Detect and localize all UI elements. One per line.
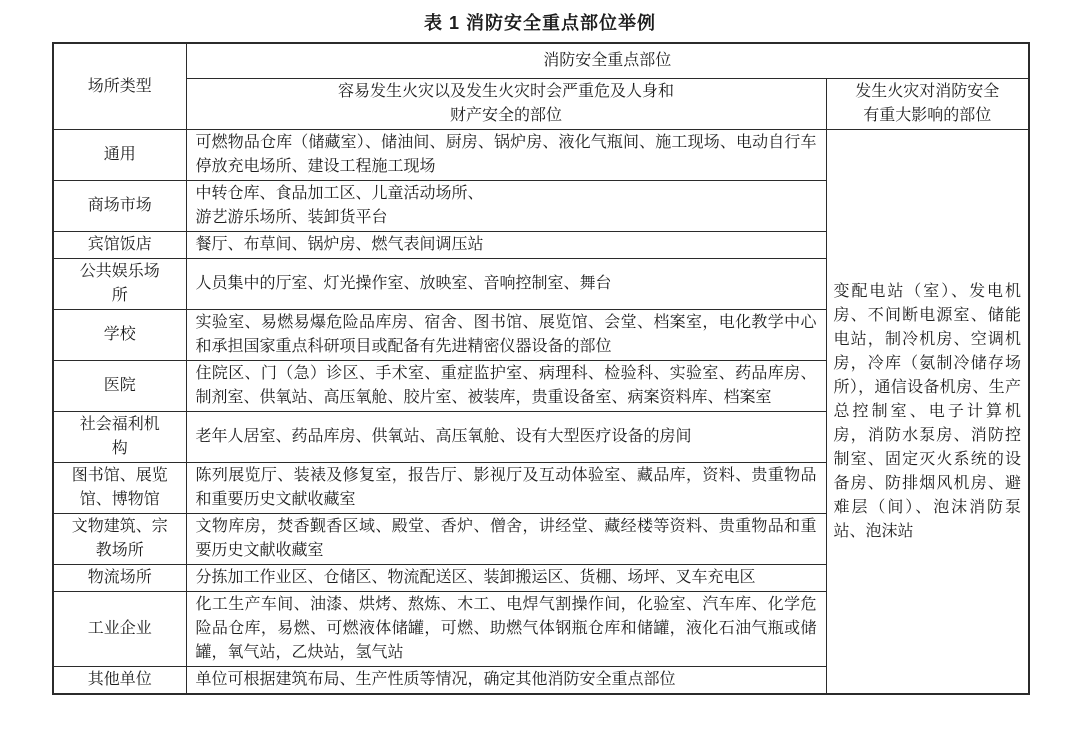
place-type-cell: 其他单位 xyxy=(53,667,186,695)
place-type-cell: 商场市场 xyxy=(53,181,186,232)
place-type-cell: 公共娱乐场 所 xyxy=(53,259,186,310)
table-header: 场所类型 消防安全重点部位 容易发生火灾以及发生火灾时会严重危及人身和 财产安全… xyxy=(53,43,1029,130)
header-place-type: 场所类型 xyxy=(53,43,186,130)
fire-prone-cell: 分拣加工作业区、仓储区、物流配送区、装卸搬运区、货棚、场坪、叉车充电区 xyxy=(186,565,826,592)
place-type-cell: 图书馆、展览 馆、博物馆 xyxy=(53,463,186,514)
header-key-parts: 消防安全重点部位 xyxy=(186,43,1029,79)
place-type-cell: 通用 xyxy=(53,130,186,181)
header-row-top: 场所类型 消防安全重点部位 xyxy=(53,43,1029,79)
fire-safety-table: 场所类型 消防安全重点部位 容易发生火灾以及发生火灾时会严重危及人身和 财产安全… xyxy=(52,42,1030,695)
fire-prone-cell: 化工生产车间、油漆、烘烤、熬炼、木工、电焊气割操作间，化验室、汽车库、化学危险品… xyxy=(186,592,826,667)
header-row-sub: 容易发生火灾以及发生火灾时会严重危及人身和 财产安全的部位 发生火灾对消防安全 … xyxy=(53,79,1029,130)
table-body: 通用可燃物品仓库（储藏室）、储油间、厨房、锅炉房、液化气瓶间、施工现场、电动自行… xyxy=(53,130,1029,695)
fire-prone-cell: 老年人居室、药品库房、供氧站、高压氧舱、设有大型医疗设备的房间 xyxy=(186,412,826,463)
fire-prone-cell: 中转仓库、食品加工区、儿童活动场所、 游艺游乐场所、装卸货平台 xyxy=(186,181,826,232)
page-title: 表 1 消防安全重点部位举例 xyxy=(0,0,1080,42)
place-type-cell: 社会福利机 构 xyxy=(53,412,186,463)
fire-prone-cell: 文物库房，焚香觐香区域、殿堂、香炉、僧舍，讲经堂、藏经楼等资料、贵重物品和重要历… xyxy=(186,514,826,565)
place-type-cell: 医院 xyxy=(53,361,186,412)
fire-prone-cell: 陈列展览厅、装裱及修复室，报告厅、影视厅及互动体验室、藏品库，资料、贵重物品和重… xyxy=(186,463,826,514)
fire-prone-cell: 单位可根据建筑布局、生产性质等情况，确定其他消防安全重点部位 xyxy=(186,667,826,695)
header-major-impact: 发生火灾对消防安全 有重大影响的部位 xyxy=(826,79,1029,130)
fire-prone-cell: 实验室、易燃易爆危险品库房、宿舍、图书馆、展览馆、会堂、档案室，电化教学中心和承… xyxy=(186,310,826,361)
fire-prone-cell: 人员集中的厅室、灯光操作室、放映室、音响控制室、舞台 xyxy=(186,259,826,310)
major-impact-cell: 变配电站（室）、发电机房、不间断电源室、储能电站，制冷机房、空调机房，冷库（氨制… xyxy=(826,130,1029,695)
place-type-cell: 学校 xyxy=(53,310,186,361)
place-type-cell: 物流场所 xyxy=(53,565,186,592)
table-row: 通用可燃物品仓库（储藏室）、储油间、厨房、锅炉房、液化气瓶间、施工现场、电动自行… xyxy=(53,130,1029,181)
fire-prone-cell: 可燃物品仓库（储藏室）、储油间、厨房、锅炉房、液化气瓶间、施工现场、电动自行车停… xyxy=(186,130,826,181)
place-type-cell: 宾馆饭店 xyxy=(53,232,186,259)
header-fire-prone: 容易发生火灾以及发生火灾时会严重危及人身和 财产安全的部位 xyxy=(186,79,826,130)
fire-prone-cell: 餐厅、布草间、锅炉房、燃气表间调压站 xyxy=(186,232,826,259)
fire-prone-cell: 住院区、门（急）诊区、手术室、重症监护室、病理科、检验科、实验室、药品库房、制剂… xyxy=(186,361,826,412)
place-type-cell: 文物建筑、宗 教场所 xyxy=(53,514,186,565)
place-type-cell: 工业企业 xyxy=(53,592,186,667)
